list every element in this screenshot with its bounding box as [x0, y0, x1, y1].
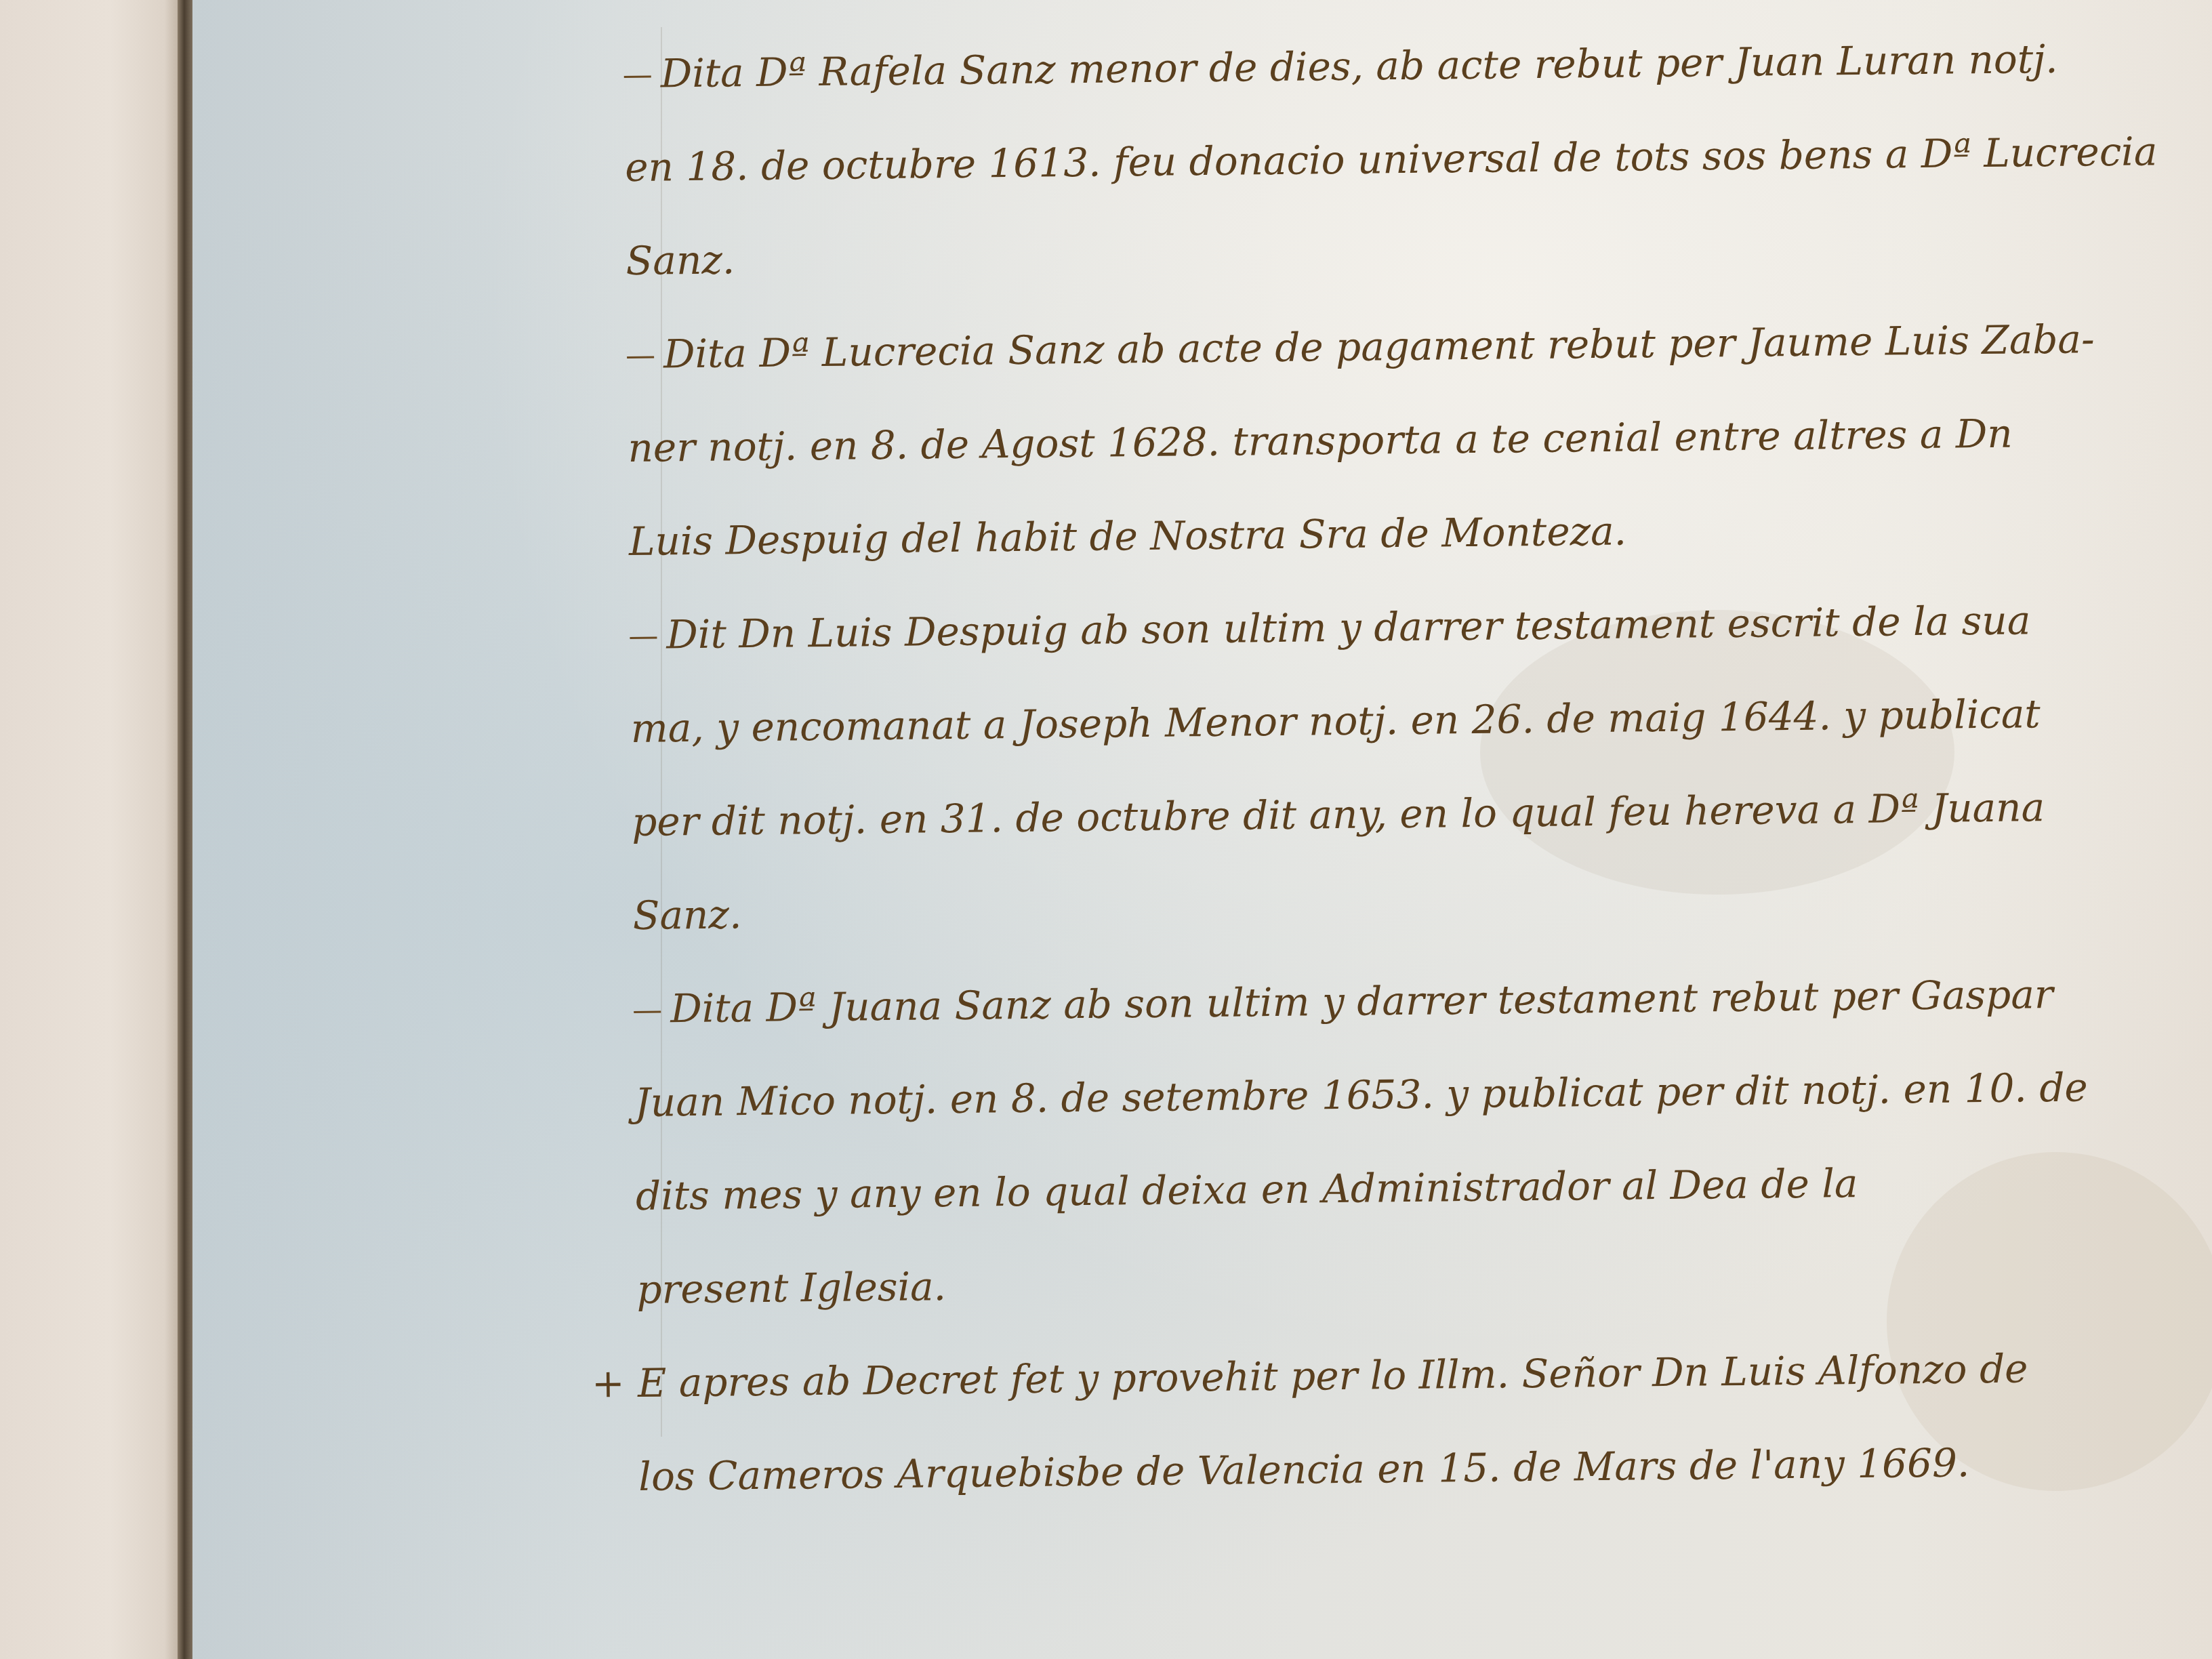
line-text: Sanz. [626, 237, 735, 284]
line-text: Luis Despuig del habit de Nostra Sra de … [629, 508, 1627, 565]
left-page [0, 0, 183, 1659]
text-line: Luis Despuig del habit de Nostra Sra de … [628, 481, 1917, 588]
text-line: los Cameros Arquebisbe de Valencia en 15… [638, 1416, 1927, 1523]
line-text: ma, y encomanat a Joseph Menor notj. en … [630, 691, 2041, 752]
line-text: per dit notj. en 31. de octubre dit any,… [632, 784, 2045, 845]
line-text: dits mes y any en lo qual deixa en Admin… [636, 1160, 1858, 1219]
entry-dash [624, 76, 651, 78]
text-line: Sanz. [632, 855, 1921, 962]
line-text: Juan Mico notj. en 8. de setembre 1653. … [634, 1064, 2088, 1125]
text-line: +E apres ab Decret fet y provehit per lo… [637, 1323, 1925, 1430]
text-line: Sanz. [626, 201, 1914, 308]
line-text: ner notj. en 8. de Agost 1628. transport… [628, 411, 2013, 471]
line-text: Dita Dª Juana Sanz ab son ultim y darrer… [670, 971, 2053, 1031]
line-text: E apres ab Decret fet y provehit per lo … [638, 1345, 2028, 1406]
line-text: los Cameros Arquebisbe de Valencia en 15… [638, 1439, 1970, 1500]
text-line: present Iglesia. [636, 1229, 1925, 1336]
cross-mark-icon: + [591, 1336, 625, 1431]
text-line: ner notj. en 8. de Agost 1628. transport… [628, 388, 1916, 495]
line-text: Dita Dª Lucrecia Sanz ab acte de pagamen… [663, 316, 2095, 377]
book-gutter [178, 0, 192, 1659]
line-text: Sanz. [632, 891, 741, 939]
line-text: Dit Dn Luis Despuig ab son ultim y darre… [666, 597, 2031, 657]
text-line: Dit Dn Luis Despuig ab son ultim y darre… [630, 575, 1918, 682]
text-line: ma, y encomanat a Joseph Menor notj. en … [630, 668, 1919, 775]
entry-dash [634, 1011, 661, 1013]
text-line: en 18. de octubre 1613. feu donacio univ… [624, 107, 1912, 214]
text-line: dits mes y any en lo qual deixa en Admin… [635, 1136, 1923, 1243]
text-line: Dita Dª Rafela Sanz menor de dies, ab ac… [623, 14, 1912, 121]
manuscript-text: Dita Dª Rafela Sanz menor de dies, ab ac… [623, 14, 1927, 1523]
text-line: per dit notj. en 31. de octubre dit any,… [632, 762, 1920, 869]
line-text: present Iglesia. [636, 1263, 946, 1313]
text-line: Juan Mico notj. en 8. de setembre 1653. … [634, 1042, 1923, 1149]
text-line: Dita Dª Lucrecia Sanz ab acte de pagamen… [626, 294, 1914, 401]
entry-dash [630, 637, 657, 639]
line-text: Dita Dª Rafela Sanz menor de dies, ab ac… [660, 36, 2057, 97]
entry-dash [627, 356, 654, 359]
text-line: Dita Dª Juana Sanz ab son ultim y darrer… [633, 949, 1921, 1056]
